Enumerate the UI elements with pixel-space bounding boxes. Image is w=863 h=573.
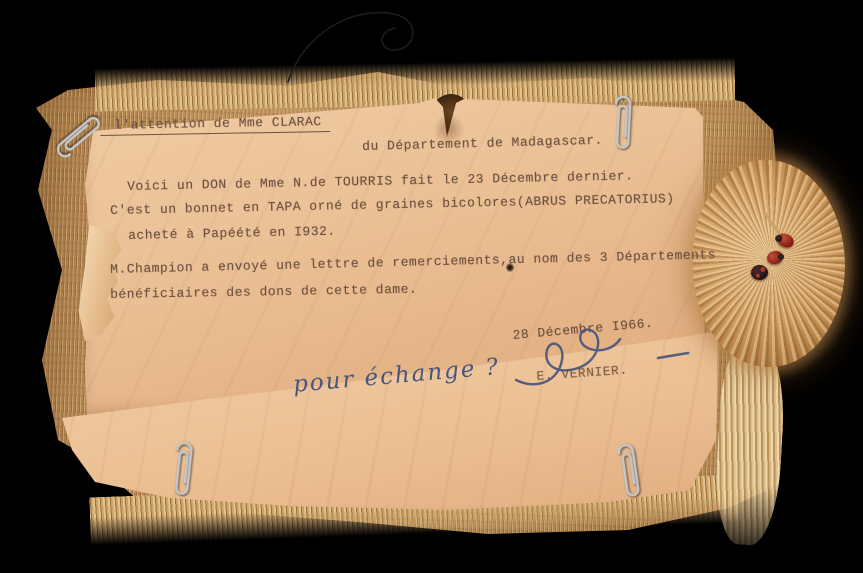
abrus-seed-black: [751, 265, 768, 280]
abrus-seed-red-2: [766, 249, 784, 265]
abrus-seed-red-1: [775, 231, 796, 250]
ink-blot: [506, 263, 514, 272]
seed-stem: [762, 210, 782, 236]
photo-stage: l'attention de Mme CLARAC du Département…: [0, 0, 863, 573]
loose-thread: [258, 0, 468, 90]
fiber-rosette: [693, 160, 845, 367]
ink-signature: [502, 318, 702, 402]
paperclip-top-right-icon: [605, 87, 639, 164]
